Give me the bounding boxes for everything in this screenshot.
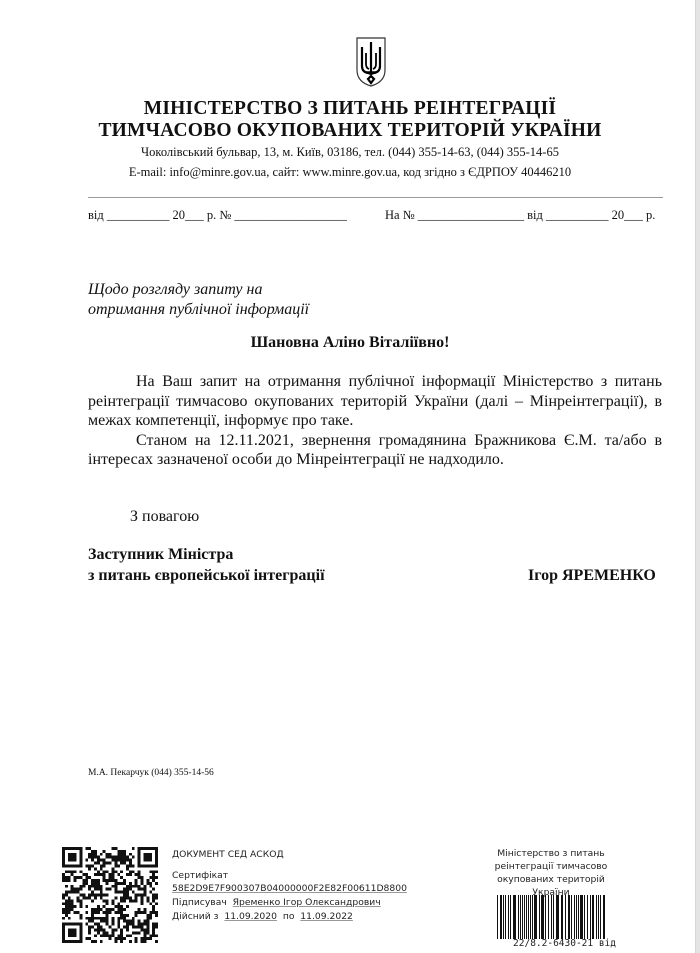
valid-to: 11.09.2022 <box>300 911 353 922</box>
e-sign-system: ДОКУМЕНТ СЕД АСКОД <box>172 849 284 860</box>
incoming-registration: На № _________________ від __________ 20… <box>385 208 655 222</box>
org-title-line2: ТИМЧАСОВО ОКУПОВАНИХ ТЕРИТОРІЙ УКРАЇНИ <box>0 119 700 142</box>
org-contacts: E-mail: info@minre.gov.ua, сайт: www.min… <box>0 164 700 180</box>
position-line1: Заступник Міністра <box>88 544 325 565</box>
subject: Щодо розгляду запиту на отримання публіч… <box>88 280 309 320</box>
trident-coat-of-arms-icon <box>355 36 387 88</box>
signatory-name: Ігор ЯРЕМЕНКО <box>528 565 656 586</box>
valid-from-label: Дійсний з <box>172 911 219 922</box>
e-sign-cert-id: 58E2D9E7F900307B04000000F2E82F00611D8800 <box>172 883 407 894</box>
page-edge <box>695 0 700 953</box>
barcode-icon <box>496 895 608 939</box>
greeting: Шановна Аліно Віталіївно! <box>0 334 700 352</box>
valid-from: 11.09.2020 <box>224 911 277 922</box>
signatory-position: Заступник Міністра з питань європейської… <box>88 544 325 586</box>
e-sign-validity: Дійсний з 11.09.2020 по 11.09.2022 <box>172 911 353 922</box>
body-paragraph: На Ваш запит на отримання публічної інфо… <box>88 372 662 431</box>
signer-name: Яременко Ігор Олександрович <box>233 897 381 908</box>
position-line2: з питань європейської інтеграції <box>88 565 325 586</box>
e-sign-signer: Підписувач Яременко Ігор Олександрович <box>172 897 381 908</box>
valid-to-label: по <box>283 911 295 922</box>
executor-contact: М.А. Пекарчук (044) 355-14-56 <box>88 768 214 778</box>
e-sign-cert-label: Сертифікат <box>172 870 228 881</box>
registration-number: 22/8.2-6430-21 від <box>491 938 616 949</box>
subject-line1: Щодо розгляду запиту на <box>88 280 309 300</box>
subject-line2: отримання публічної інформації <box>88 300 309 320</box>
body-paragraph: Станом на 12.11.2021, звернення громадян… <box>88 431 662 470</box>
qr-code-icon <box>62 847 158 943</box>
letterhead-divider <box>88 197 663 198</box>
registration-stamp-org: Міністерство з питань реінтеграції тимча… <box>490 847 612 899</box>
org-title-line1: МІНІСТЕРСТВО З ПИТАНЬ РЕІНТЕГРАЦІЇ <box>0 97 700 120</box>
letter-body: На Ваш запит на отримання публічної інфо… <box>88 372 662 470</box>
outgoing-registration: від __________ 20___ р. № ______________… <box>88 208 347 222</box>
closing: З повагою <box>130 508 199 526</box>
signer-label: Підписувач <box>172 897 227 908</box>
org-address: Чоколівський бульвар, 13, м. Київ, 03186… <box>0 144 700 160</box>
